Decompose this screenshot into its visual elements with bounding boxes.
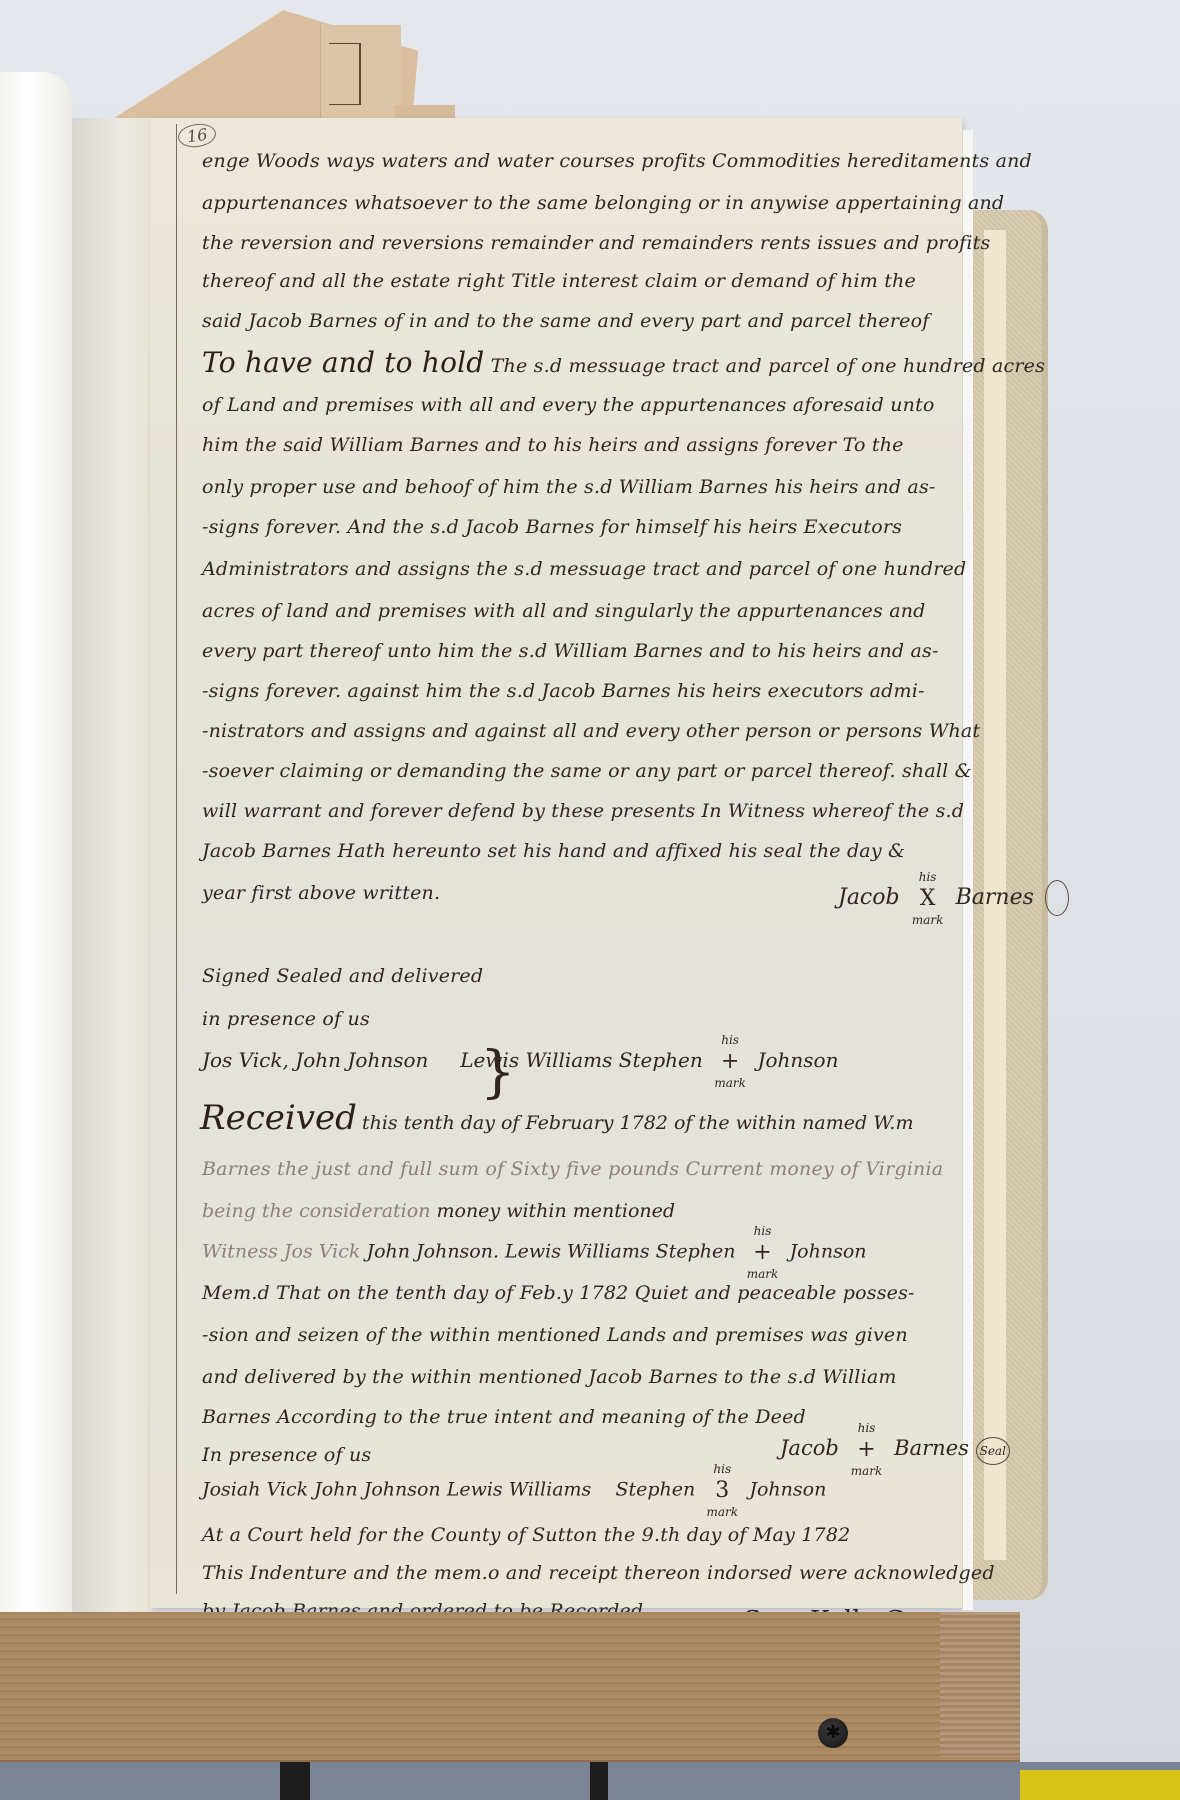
- receipt-stephen-mark: his + mark: [746, 1240, 780, 1265]
- receipt-line-3: being the consideration money within men…: [202, 1200, 675, 1222]
- receipt-heading: Received: [200, 1098, 357, 1138]
- habendum-text: The s.d messuage tract and parcel of one…: [491, 355, 1045, 377]
- habendum-heading: To have and to hold: [202, 346, 484, 379]
- attestation-witnesses: Jos Vick, John Johnson Lewis Williams St…: [202, 1048, 838, 1074]
- his-label: his: [713, 1033, 747, 1047]
- habendum-line: To have and to hold The s.d messuage tra…: [202, 346, 1045, 379]
- yellow-object: [1020, 1770, 1180, 1800]
- body-line: him the said William Barnes and to his h…: [202, 434, 904, 456]
- body-line: year first above written.: [202, 882, 440, 904]
- left-page-curl: [0, 72, 72, 1632]
- memo-line: and delivered by the within mentioned Ja…: [202, 1366, 897, 1388]
- memo-signer-first: Jacob: [780, 1436, 839, 1460]
- memo-witness-names: Josiah Vick John Johnson Lewis Williams: [202, 1479, 591, 1501]
- mark-label: mark: [705, 1505, 739, 1519]
- receipt-dark-text: money within mentioned: [436, 1200, 675, 1222]
- his-label: his: [849, 1421, 883, 1435]
- body-line: -soever claiming or demanding the same o…: [202, 760, 972, 782]
- receipt-faded-text: being the consideration: [202, 1200, 430, 1222]
- wooden-stand: [0, 1612, 1020, 1764]
- x-mark-icon: X: [920, 886, 936, 911]
- body-line: the reversion and reversions remainder a…: [202, 232, 990, 254]
- seal-icon: [1045, 880, 1069, 916]
- memo-witnesses: Josiah Vick John Johnson Lewis Williams …: [202, 1478, 826, 1503]
- memo-presence: In presence of us: [202, 1444, 371, 1466]
- cross-mark-icon: +: [721, 1049, 739, 1074]
- mark-label: mark: [849, 1464, 883, 1478]
- memo-stephen-mark: his 3 mark: [705, 1478, 739, 1503]
- body-line: Jacob Barnes Hath hereunto set his hand …: [202, 840, 905, 862]
- bracket-mark: [329, 43, 361, 105]
- seal-label: Seal: [976, 1437, 1010, 1465]
- memo-signer: Jacob his + mark Barnes Seal: [780, 1436, 1010, 1462]
- body-line: appurtenances whatsoever to the same bel…: [202, 192, 1004, 214]
- stephen-mark: his + mark: [713, 1049, 747, 1074]
- receipt-witnesses: Witness Jos Vick John Johnson. Lewis Wil…: [202, 1240, 867, 1265]
- body-line: -signs forever. against him the s.d Jaco…: [202, 680, 925, 702]
- cross-mark-icon: +: [857, 1437, 875, 1462]
- receipt-witness-faded: Witness Jos Vick: [202, 1241, 360, 1263]
- body-line: acres of land and premises with all and …: [202, 600, 926, 622]
- receipt-witness-dark: John Johnson. Lewis Williams Stephen: [366, 1241, 735, 1263]
- memo-line: Mem.d That on the tenth day of Feb.y 178…: [202, 1282, 915, 1304]
- body-line: thereof and all the estate right Title i…: [202, 270, 916, 292]
- receipt-line-2: Barnes the just and full sum of Sixty fi…: [202, 1158, 943, 1180]
- memo-stephen-first: Stephen: [615, 1479, 695, 1501]
- mark-label: mark: [911, 913, 945, 927]
- memo-signer-mark: his + mark: [849, 1437, 883, 1462]
- stand-leg: [280, 1762, 310, 1800]
- body-line: said Jacob Barnes of in and to the same …: [202, 310, 929, 332]
- witness-lewis: Lewis Williams: [460, 1048, 612, 1072]
- his-label: his: [911, 870, 945, 884]
- body-line: every part thereof unto him the s.d Will…: [202, 640, 939, 662]
- body-line: -nistrators and assigns and against all …: [202, 720, 980, 742]
- body-line: of Land and premises with all and every …: [202, 394, 935, 416]
- mark-label: mark: [713, 1076, 747, 1090]
- memo-line: Barnes According to the true intent and …: [202, 1406, 806, 1428]
- his-label: his: [705, 1462, 739, 1476]
- folder-tab-bracket: [320, 25, 401, 125]
- body-line: -signs forever. And the s.d Jacob Barnes…: [202, 516, 902, 538]
- his-label: his: [746, 1224, 780, 1238]
- memo-signer-last: Barnes: [894, 1436, 969, 1460]
- receipt-text: this tenth day of February 1782 of the w…: [362, 1112, 914, 1134]
- body-line: only proper use and behoof of him the s.…: [202, 476, 936, 498]
- witness-names: Jos Vick, John Johnson: [202, 1048, 428, 1072]
- attestation-line-1: Signed Sealed and delivered: [202, 965, 483, 987]
- body-line: Administrators and assigns the s.d messu…: [202, 558, 966, 580]
- page-gutter: [72, 118, 152, 1618]
- margin-rule: [176, 124, 177, 1594]
- grantor-mark: his X mark: [911, 886, 945, 911]
- screw-icon: ✱: [818, 1718, 848, 1748]
- witness-stephen-last: Johnson: [757, 1048, 838, 1072]
- receipt-line-1: Received this tenth day of February 1782…: [200, 1098, 913, 1138]
- body-line: enge Woods ways waters and water courses…: [202, 150, 1032, 172]
- wooden-stand-end: [940, 1612, 1020, 1757]
- receipt-witness-last: Johnson: [790, 1241, 867, 1263]
- memo-stephen-last: Johnson: [749, 1479, 826, 1501]
- body-line: will warrant and forever defend by these…: [202, 800, 964, 822]
- cross-mark-icon: 3: [715, 1478, 729, 1503]
- grantor-signature: Jacob his X mark Barnes: [838, 880, 1069, 916]
- memo-line: -sion and seizen of the within mentioned…: [202, 1324, 908, 1346]
- mark-label: mark: [746, 1267, 780, 1281]
- grantor-last-name: Barnes: [956, 885, 1034, 910]
- attestation-line-2: in presence of us: [202, 1008, 370, 1030]
- cross-mark-icon: +: [753, 1240, 771, 1265]
- court-line: This Indenture and the mem.o and receipt…: [202, 1562, 995, 1584]
- stand-leg: [590, 1762, 608, 1800]
- court-line: At a Court held for the County of Sutton…: [202, 1524, 850, 1546]
- grantor-first-name: Jacob: [838, 885, 900, 910]
- witness-stephen-first: Stephen: [619, 1048, 703, 1072]
